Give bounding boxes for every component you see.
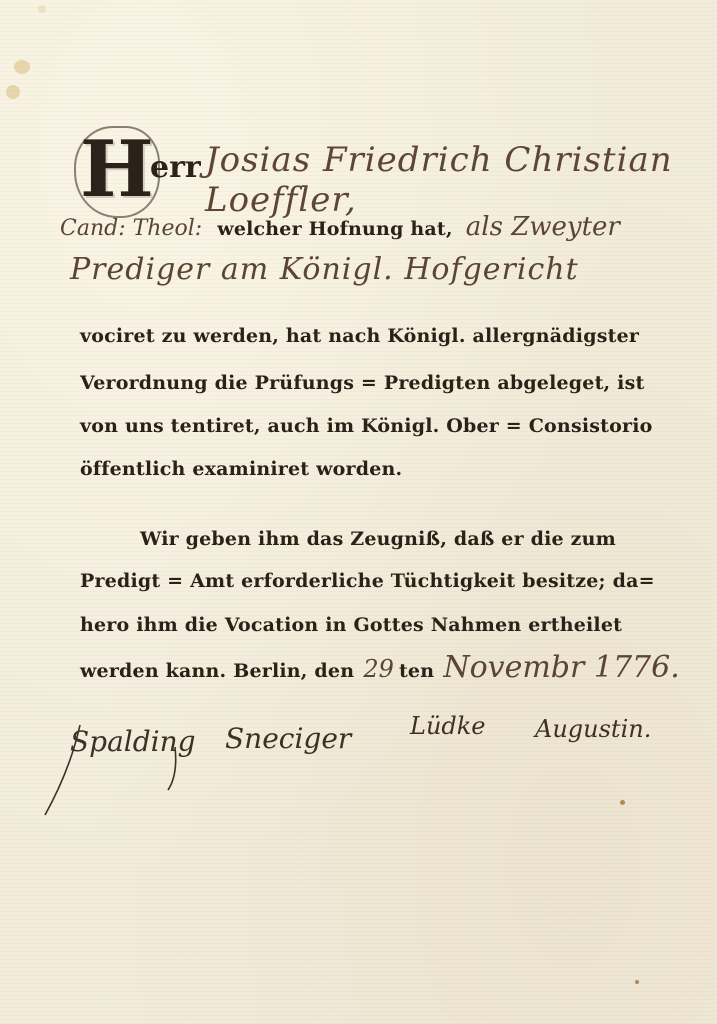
document-page: H err Josias Friedrich Christian Loeffle…: [0, 0, 717, 1024]
paper-spot: [620, 800, 625, 805]
signature-flourish: [40, 720, 120, 820]
handwritten-title: Cand: Theol:: [60, 216, 202, 241]
decorated-initial: H: [80, 130, 150, 210]
text-line-10: hero ihm die Vocation in Gottes Nahmen e…: [80, 614, 622, 636]
paper-spot: [635, 980, 639, 984]
signature-3: Lüdke: [410, 712, 486, 740]
signature-flourish: [160, 745, 190, 795]
text-line-3: Prediger am Königl. Hofgericht: [70, 252, 579, 287]
text-line-4: vociret zu werden, hat nach Königl. alle…: [80, 325, 639, 347]
text-line-8: Wir geben ihm das Zeugniß, daß er die zu…: [140, 528, 616, 550]
paper-stain: [38, 5, 46, 13]
text-line-9: Predigt = Amt erforderliche Tüchtigkeit …: [80, 570, 655, 592]
paper-stain: [6, 85, 20, 99]
text-line-7: öffentlich examiniret worden.: [80, 458, 402, 480]
handwritten-day: 29: [363, 655, 394, 683]
printed-text: werden kann. Berlin, den: [80, 660, 354, 682]
signature-2: Sneciger: [225, 722, 351, 755]
heading-word: err: [150, 150, 201, 185]
handwritten-position: als Zweyter: [466, 212, 620, 242]
handwritten-court: Prediger am Königl. Hofgericht: [70, 252, 579, 287]
paper-stain: [14, 60, 30, 74]
signature-4: Augustin.: [535, 715, 651, 743]
printed-text: ten: [399, 660, 434, 682]
candidate-name-handwritten: Josias Friedrich Christian Loeffler,: [205, 140, 717, 220]
handwritten-date: Novembr 1776.: [443, 650, 679, 685]
text-line-2: Cand: Theol: welcher Hofnung hat, als Zw…: [60, 212, 620, 242]
text-line-5: Verordnung die Prüfungs = Predigten abge…: [80, 372, 644, 394]
text-line-11: werden kann. Berlin, den 29 ten Novembr …: [80, 650, 680, 685]
text-line-6: von uns tentiret, auch im Königl. Ober =…: [80, 415, 653, 437]
printed-text: welcher Hofnung hat,: [217, 218, 452, 240]
